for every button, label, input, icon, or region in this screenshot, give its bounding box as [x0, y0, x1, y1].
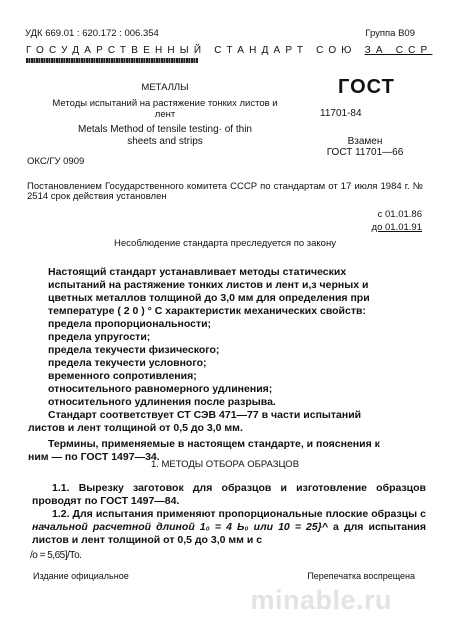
- date-from: с 01.01.86: [372, 208, 422, 221]
- gost-label: ГОСТ: [338, 76, 395, 99]
- intro-section: Настоящий стандарт устанавливает методы …: [28, 266, 398, 464]
- date-to: до 01.01.91: [372, 221, 422, 234]
- standard-title-main: ГОСУДАРСТВЕННЫЙ СТАНДАРТ СОЮ: [26, 45, 357, 56]
- decree-text: Постановлением Государственного комитета…: [27, 182, 423, 202]
- clause-1-2-start: 1.2. Для испытания применяют пропорциона…: [52, 508, 426, 520]
- formula: /о = 5,65]/То.: [30, 550, 81, 561]
- compliance-paragraph: Стандарт соответствует СТ СЭВ 471—77 в ч…: [28, 409, 398, 435]
- official-edition: Издание официальное: [33, 571, 129, 581]
- property-list: предела пропорциональности; предела упру…: [28, 318, 398, 409]
- title-russian: Методы испытаний на растяжение тонких ли…: [45, 98, 285, 120]
- intro-paragraph: Настоящий стандарт устанавливает методы …: [28, 266, 398, 318]
- list-item: временного сопротивления;: [48, 370, 398, 383]
- validity-dates: с 01.01.86 до 01.01.91: [372, 208, 422, 234]
- subject-heading: МЕТАЛЛЫ: [0, 82, 330, 93]
- section-heading: 1. МЕТОДЫ ОТБОРА ОБРАЗЦОВ: [0, 459, 450, 470]
- clause-1-2-italic: начальной расчетной длиной 1₀ = 4 Ь₀ или…: [32, 521, 328, 533]
- list-item: относительного равномерного удлинения;: [48, 383, 398, 396]
- header-rule-decoration: [26, 58, 198, 63]
- law-notice: Несоблюдение стандарта преследуется по з…: [0, 238, 450, 249]
- list-item: предела пропорциональности;: [48, 318, 398, 331]
- list-item: предела текучести условного;: [48, 357, 398, 370]
- list-item: предела текучести физического;: [48, 344, 398, 357]
- udk-code: УДК 669.01 : 620.172 : 006.354: [25, 28, 159, 39]
- replaces-label: Взамен: [325, 136, 405, 147]
- reprint-prohibited: Перепечатка воспрещена: [307, 571, 415, 581]
- clause-1-2: 1.2. Для испытания применяют пропорциона…: [32, 508, 426, 547]
- section-1-body: 1.1. Вырезку заготовок для образцов и из…: [32, 482, 426, 547]
- title-english: Metals Method of tensile testing· of thi…: [70, 124, 260, 148]
- oks-code: ОКС/ГУ 0909: [27, 156, 84, 167]
- list-item: предела упругости;: [48, 331, 398, 344]
- gost-number: 11701-84: [320, 108, 362, 119]
- group-code: Группа В09: [365, 28, 415, 39]
- list-item: относительного удлинения после разрыва.: [48, 396, 398, 409]
- replaces-block: Взамен ГОСТ 11701—66: [325, 136, 405, 158]
- clause-1-1: 1.1. Вырезку заготовок для образцов и из…: [32, 482, 426, 508]
- replaces-gost: ГОСТ 11701—66: [325, 147, 405, 158]
- standard-title-underlined: ЗА ССР: [365, 45, 433, 56]
- watermark: minable.ru: [250, 585, 392, 616]
- standard-title: ГОСУДАРСТВЕННЫЙ СТАНДАРТ СОЮ ЗА ССР: [26, 45, 432, 56]
